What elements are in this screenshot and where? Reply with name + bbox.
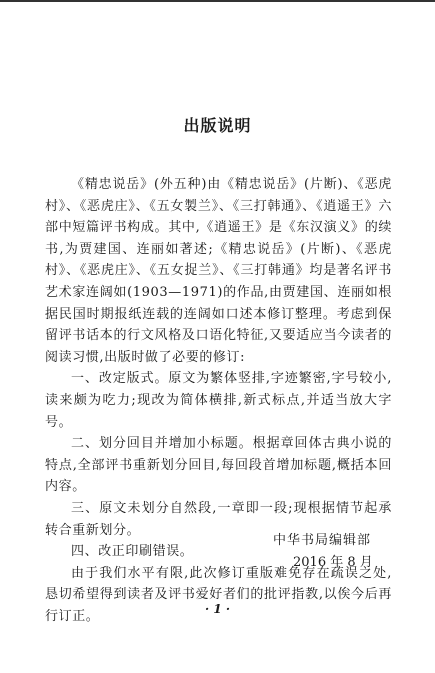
page-number: · 1 · [0, 602, 435, 616]
paragraph-item-1: 一、改定版式。原文为繁体竖排,字迹繁密,字号较小,读来颇为吃力;现改为简体横排,… [45, 368, 392, 433]
signature-block: 中华书局编辑部 2016 年 8 月 [273, 530, 373, 574]
signature-department: 中华书局编辑部 [273, 530, 373, 552]
paragraph-item-2: 二、划分回目并增加小标题。根据章回体古典小说的特点,全部评书重新划分回目,每回段… [45, 433, 392, 498]
page-title: 出版说明 [0, 113, 435, 136]
top-border-line [0, 0, 435, 2]
signature-date: 2016 年 8 月 [273, 552, 373, 574]
paragraph-intro: 《精忠说岳》(外五种)由《精忠说岳》(片断)、《恶虎村》、《恶虎庄》、《五女製兰… [45, 174, 392, 368]
